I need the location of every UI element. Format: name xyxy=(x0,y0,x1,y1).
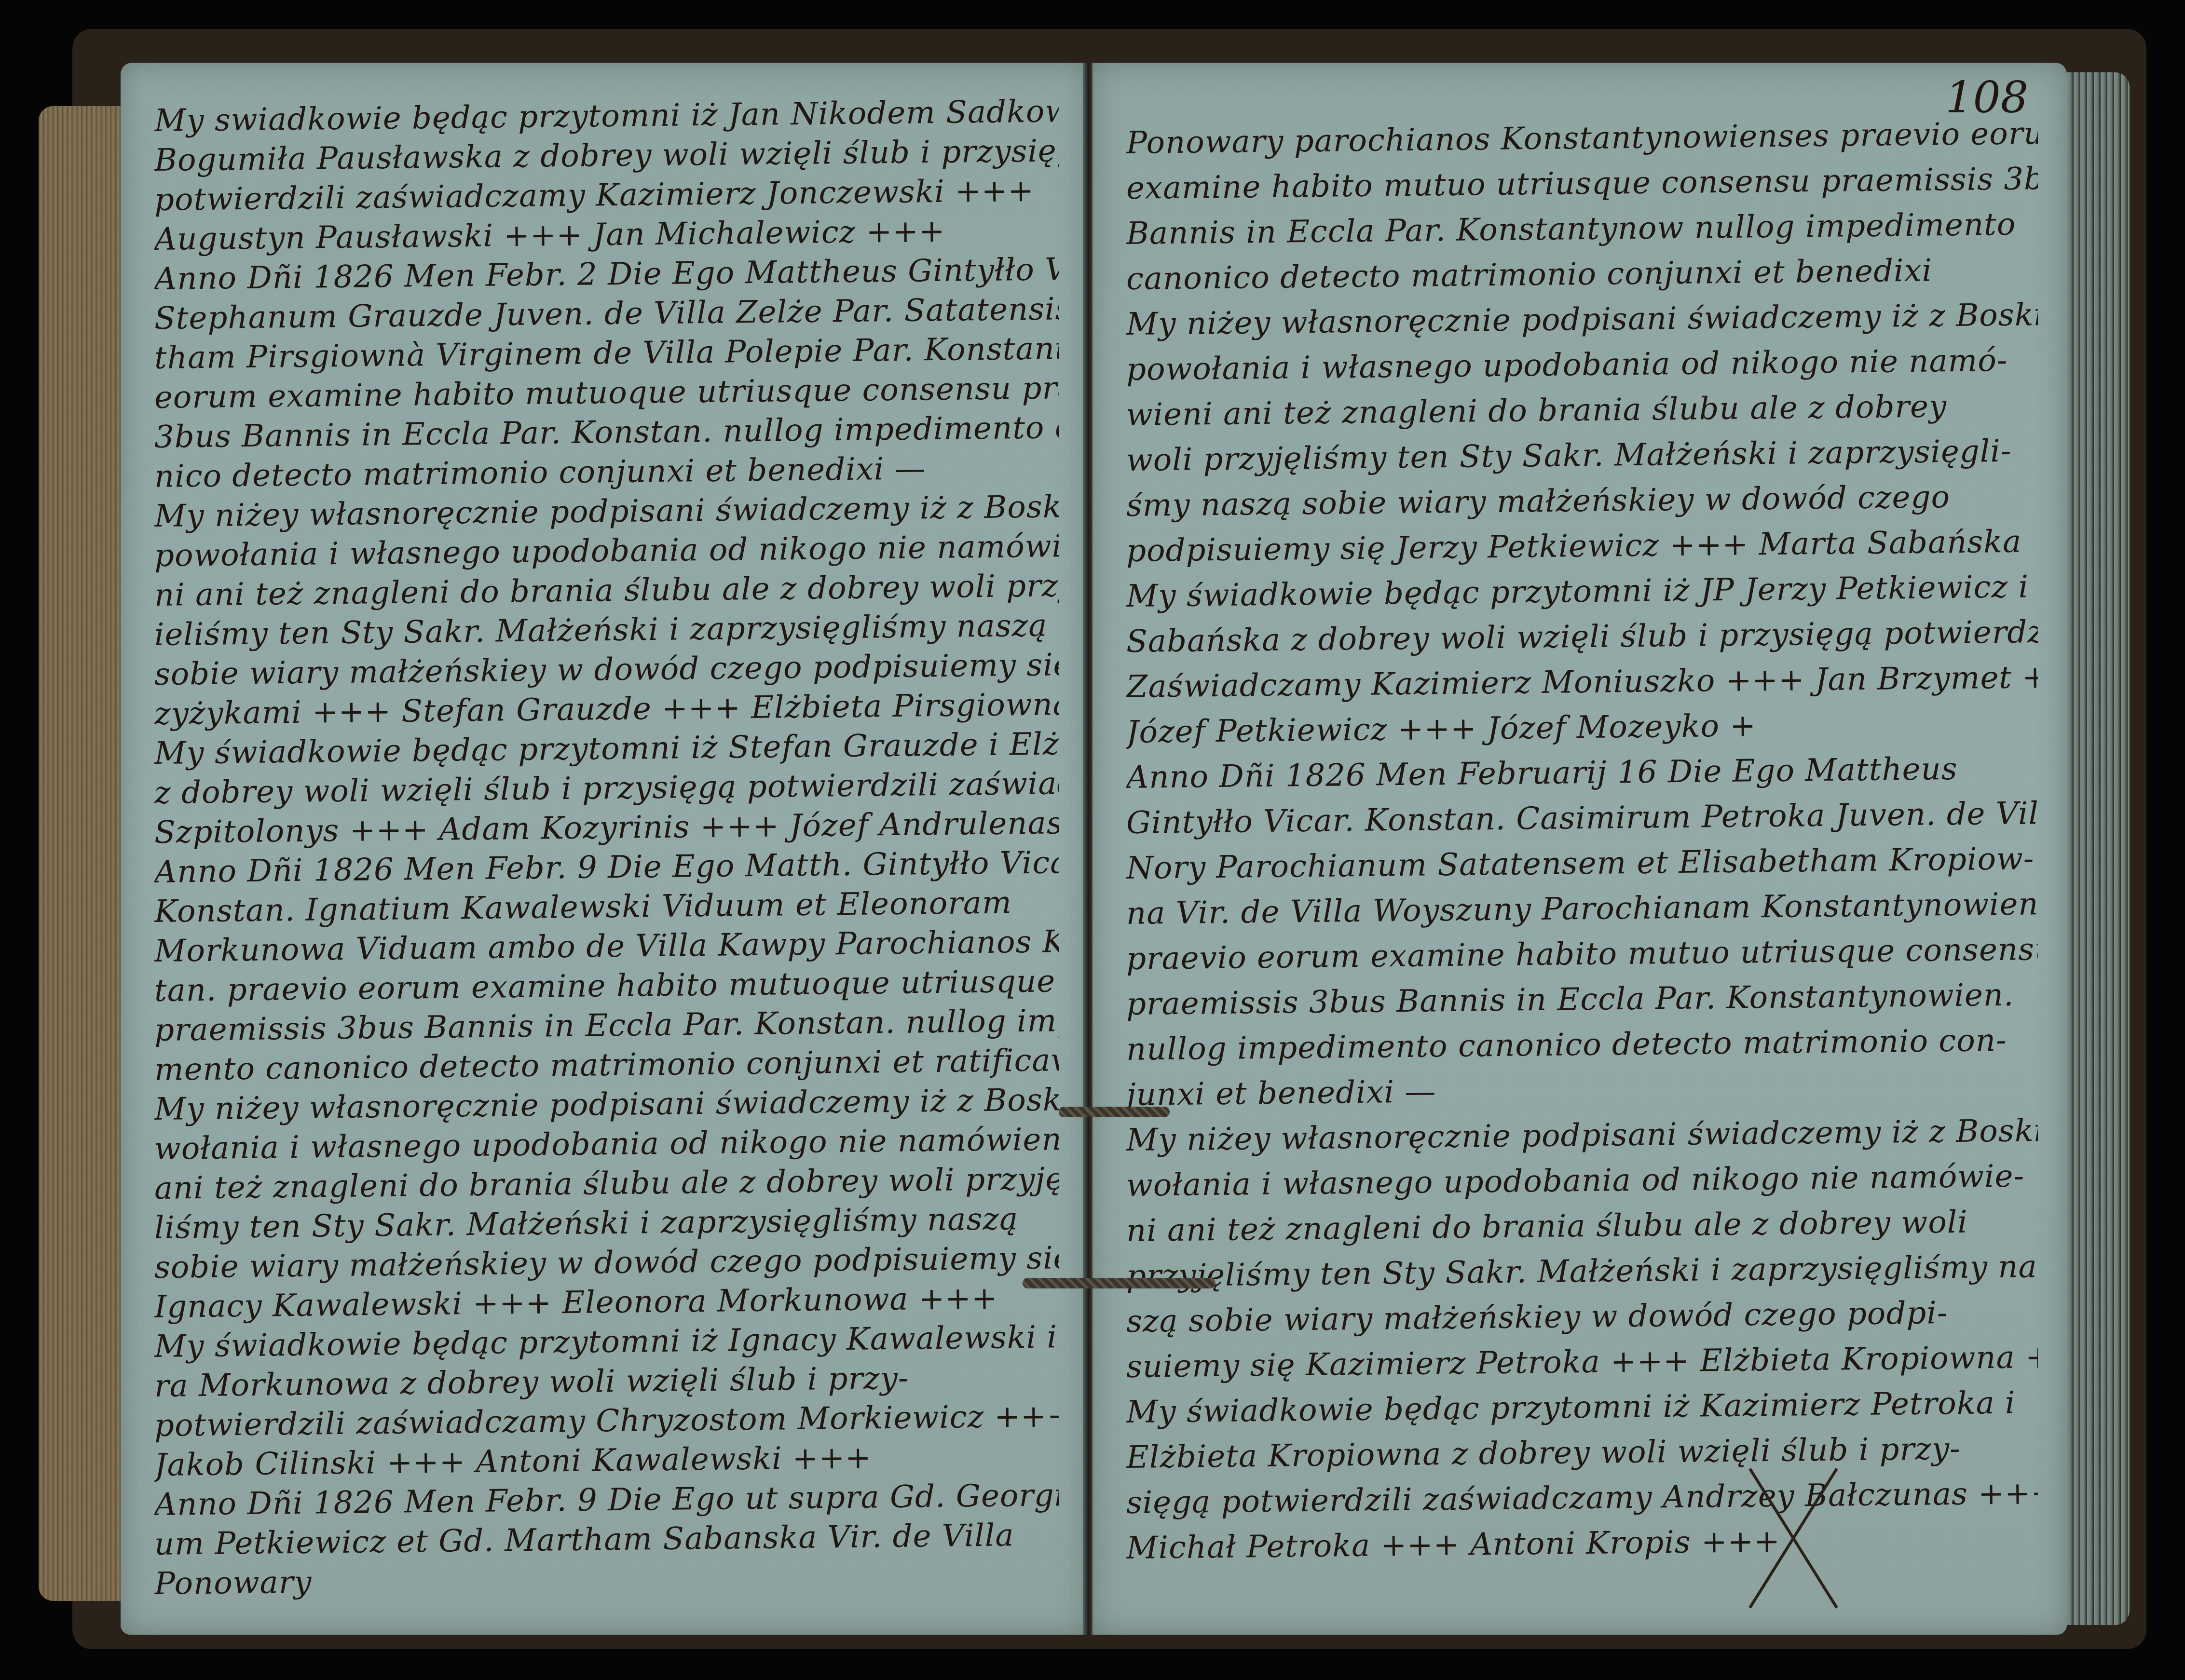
cross-mark xyxy=(1722,1466,1867,1611)
right-page: 108 Ponowary parochianos Konstantynowien… xyxy=(1092,63,2067,1635)
right-page-edges xyxy=(2067,72,2130,1625)
left-page: My swiadkowie będąc przytomni iż Jan Nik… xyxy=(121,63,1088,1635)
left-page-text: My swiadkowie będąc przytomni iż Jan Nik… xyxy=(121,63,1088,1635)
handwritten-line: Michał Petroka +++ Antoni Kropis +++ xyxy=(1126,1516,2038,1571)
left-page-edges xyxy=(39,106,130,1601)
binding-thread-lower xyxy=(1023,1278,1215,1288)
right-page-text: Ponowary parochianos Konstantynowienses … xyxy=(1092,63,2067,1635)
binding-thread-upper xyxy=(1059,1107,1170,1117)
